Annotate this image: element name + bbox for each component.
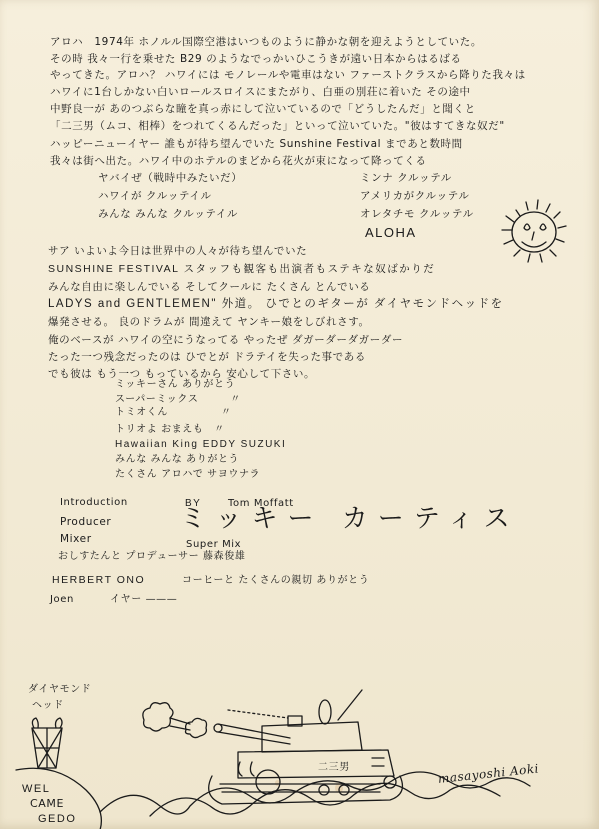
credit-label-mixer: Mixer	[60, 532, 92, 546]
credit-herbert-name: HERBERT ONO	[52, 573, 145, 587]
thanks-item: トミオくん 〃	[115, 406, 232, 420]
credit-herbert-thanks: コーヒーと たくさんの親切 ありがとう	[182, 574, 369, 588]
thanks-item: みんな みんな ありがとう	[115, 453, 239, 467]
thanks-item: たくさん アロハで サヨウナラ	[115, 468, 260, 482]
text-line: アロハ 1974年 ホノルル国際空港はいつものように静かな朝を迎えようとしていた…	[50, 35, 482, 49]
diamond-head-label: ヘッド	[32, 699, 64, 713]
credit-label-producer: Producer	[60, 515, 111, 529]
text-line: ハワイに1台しかない白いロールスロイスにまたがり、白亜の別荘に着いた その途中	[50, 85, 471, 99]
chant-line: アメリカがクルッテル	[360, 189, 469, 203]
credit-joen-value: イヤー ———	[110, 593, 177, 607]
text-line: SUNSHINE FESTIVAL スタッフも観客も出演者もステキな奴ばかりだ	[48, 262, 435, 276]
text-line: 我々は街へ出た。ハワイ中のホテルのまどから花火が束になって降ってくる	[50, 154, 427, 168]
thanks-item: Hawaiian King EDDY SUZUKI	[115, 438, 286, 452]
text-line: 俺のベースが ハワイの空にうなってる やったぜ ダガーダーダガーダー	[48, 333, 403, 347]
chant-line: ミンナ クルッテル	[360, 171, 452, 185]
smiling-sun-icon	[498, 198, 570, 264]
text-line: ハッピーニューイヤー 誰もが待ち望んでいた Sunshine Festival …	[50, 137, 463, 151]
credit-assistant: おしすたんと プロデューサー 藤森俊雄	[58, 550, 245, 564]
credit-name-producer: ミッキー カーティス	[180, 512, 520, 526]
tank-sketch-icon	[140, 680, 420, 790]
thanks-item: トリオよ おまえも 〃	[115, 423, 225, 437]
text-line: 中野良一が あのつぶらな瞳を真っ赤にして泣いているので「どうしたんだ」と聞くと	[50, 102, 476, 116]
chant-line: みんな みんな クルッテイル	[98, 207, 238, 221]
text-line: サア いよいよ今日は世界中の人々が待ち望んでいた	[48, 244, 307, 258]
text-line: たった一つ残念だったのは ひでとが ドラテイを失った事である	[48, 350, 366, 364]
credit-joen-label: Joen	[50, 593, 74, 607]
chant-line: オレタチモ クルッテル	[360, 207, 474, 221]
chant-line: ヤバイぜ（戦時中みたいだ）	[98, 171, 242, 185]
text-line: みんな自由に楽しんでいる そしてクールに たくさん とんでいる	[48, 280, 370, 294]
credit-label-introduction: Introduction	[60, 496, 128, 510]
diamond-head-label: ダイヤモンド	[28, 683, 91, 697]
text-line: 爆発させる。 良のドラムが 間違えて ヤンキー娘をしびれさす。	[48, 315, 370, 329]
text-line: LADYS and GENTLEMEN" 外道。 ひでとのギターが ダイヤモンド…	[48, 297, 504, 311]
liner-note-page: アロハ 1974年 ホノルル国際空港はいつものように静かな朝を迎えようとしていた…	[0, 0, 599, 829]
text-line: 「二三男（ムコ、相棒）をつれてくるんだった」といって泣いていた。"彼はすてきな奴…	[50, 119, 505, 133]
thanks-item: ミッキーさん ありがとう	[115, 378, 235, 392]
chant-line: ハワイが クルッテイル	[98, 189, 212, 203]
thanks-item: スーパーミックス 〃	[115, 393, 241, 407]
tank-marking-text: 二三男	[318, 761, 350, 775]
text-line: その時 我々一行を乗せた B29 のようなでっかいひこうきが遠い日本からはるばる	[50, 52, 462, 66]
text-line: やってきた。アロハ？ ハワイには モノレールや電車はない ファーストクラスから降…	[50, 68, 526, 82]
aloha-text: ALOHA	[365, 226, 417, 240]
